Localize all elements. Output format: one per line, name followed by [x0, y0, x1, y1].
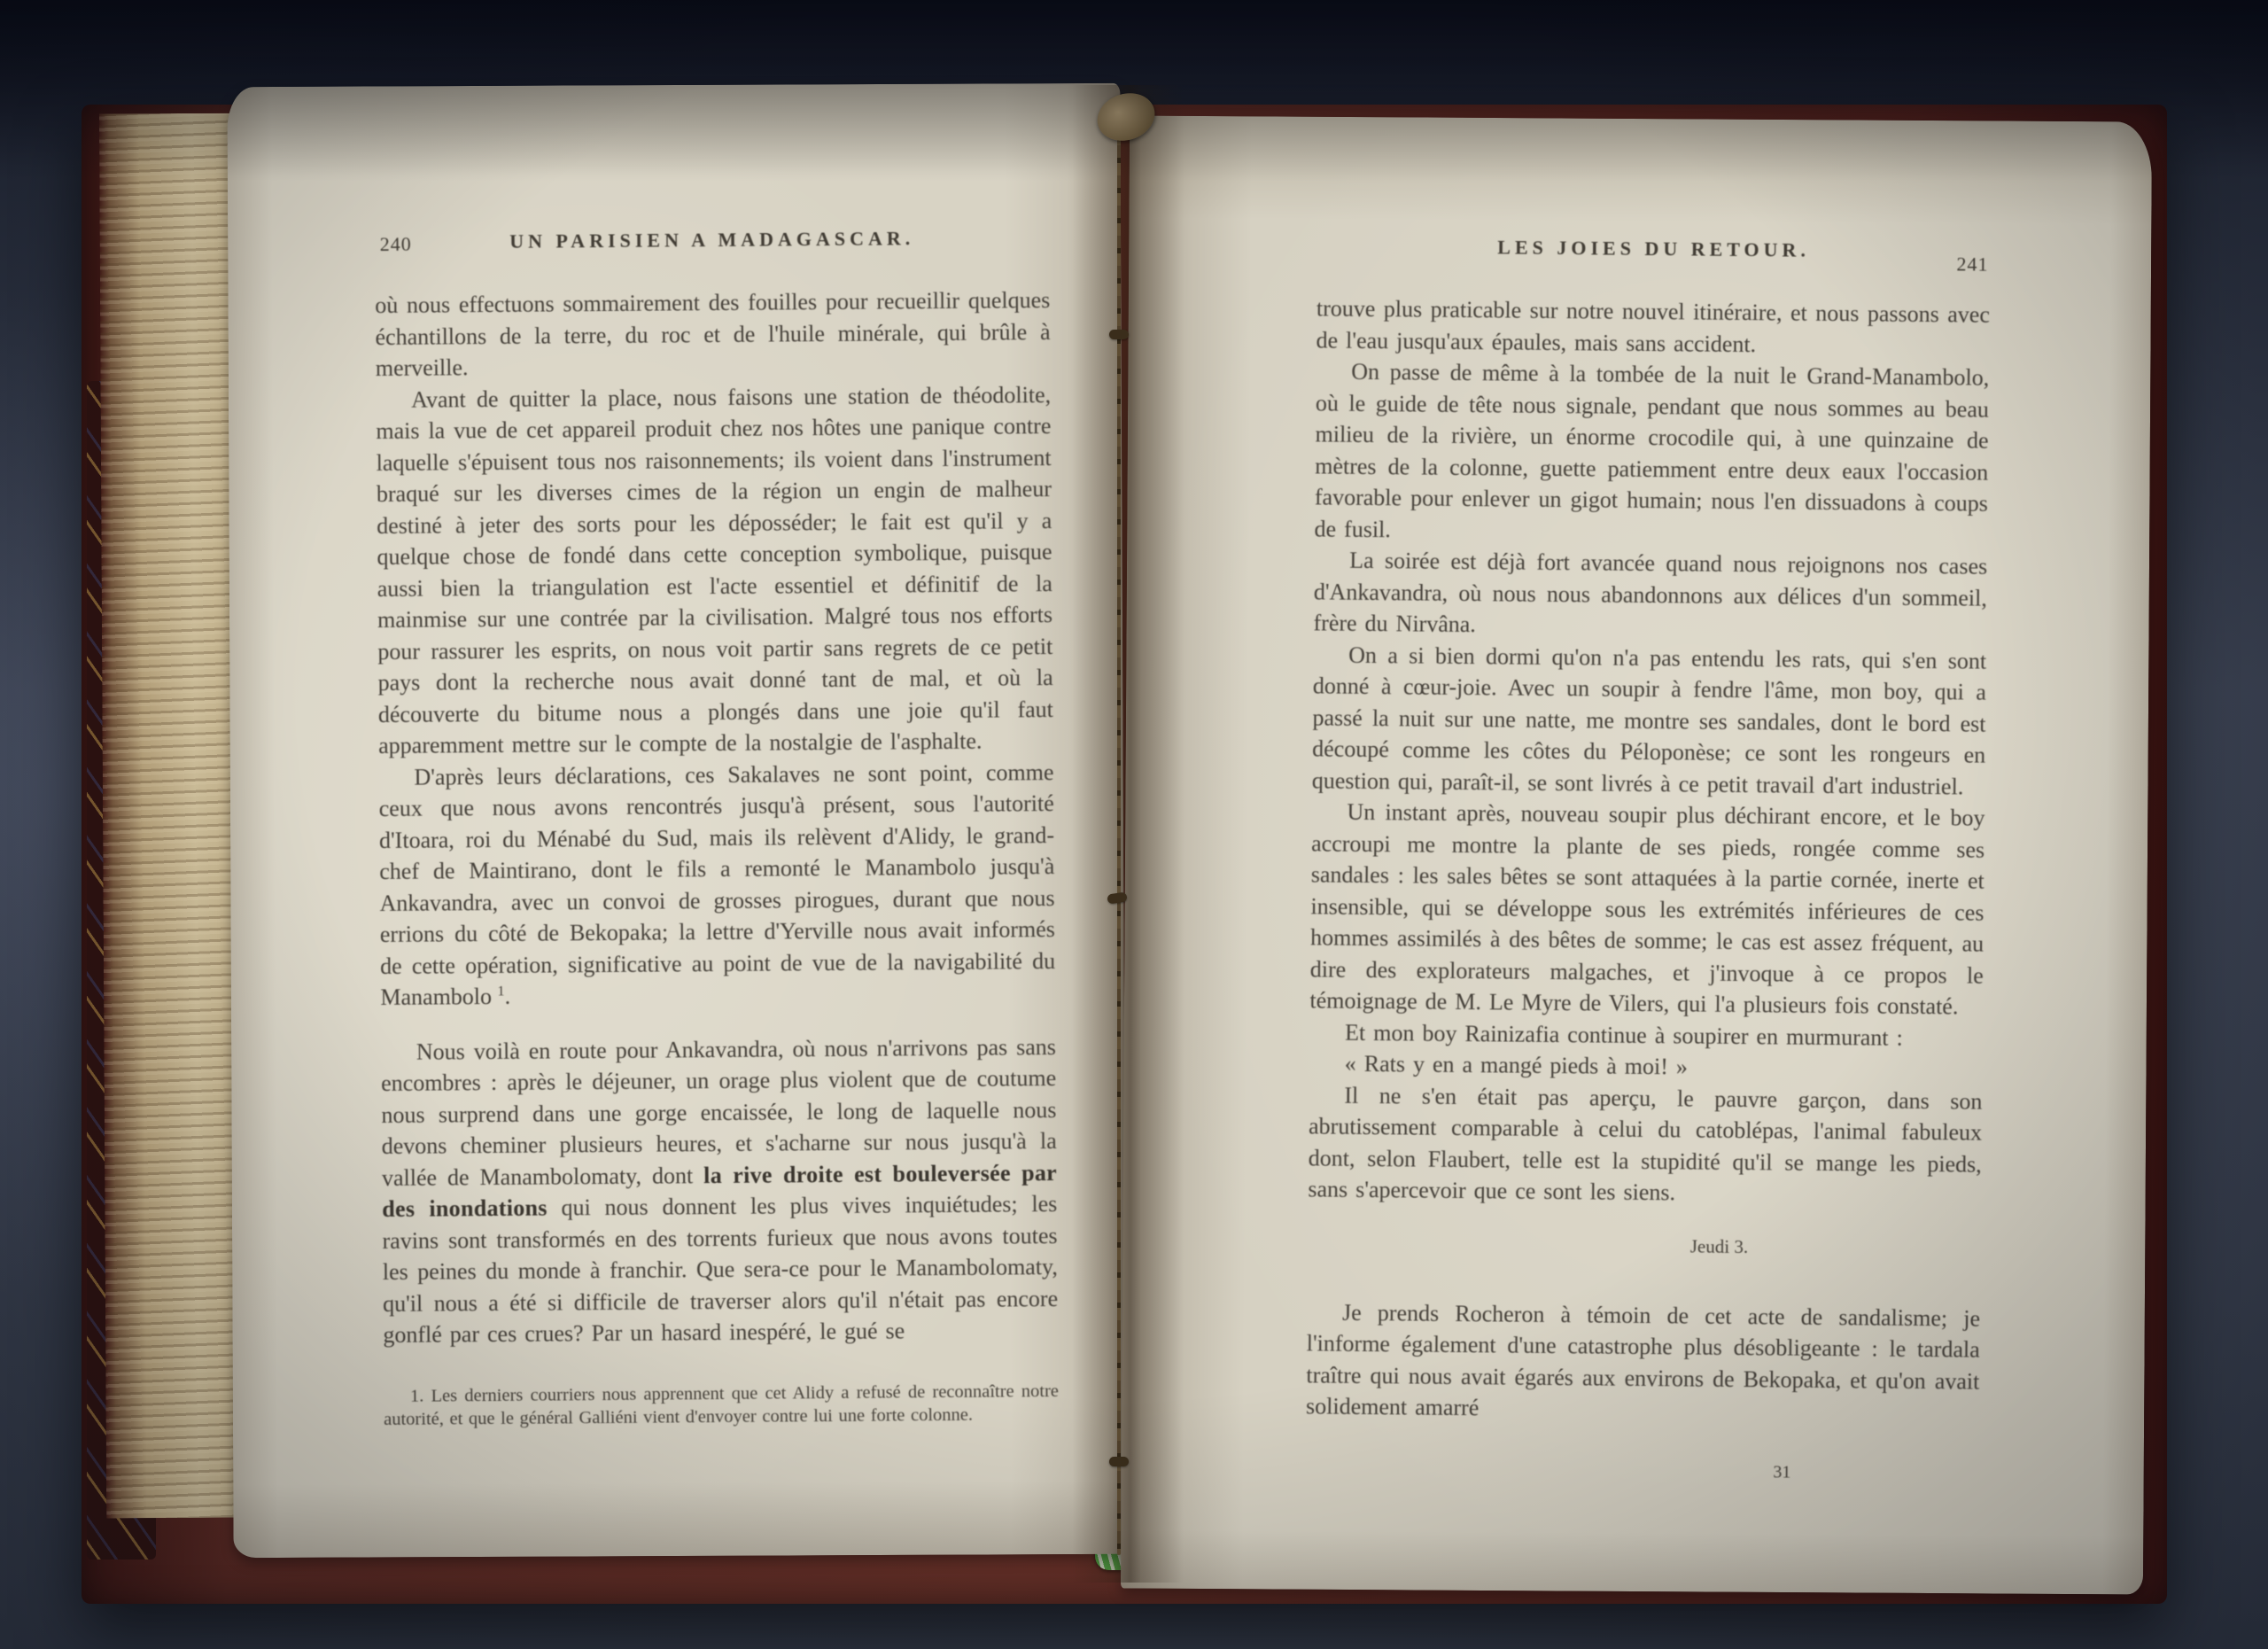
right-page-body: trouve plus praticable sur notre nouvel … [1308, 292, 1990, 1211]
text-segment: . [505, 984, 511, 1009]
paragraph: où nous effectuons sommairement des foui… [375, 284, 1051, 384]
right-page-closing: Je prends Rocheron à témoin de cet acte … [1306, 1296, 1980, 1428]
left-running-title: UN PARISIEN A MADAGASCAR. [375, 226, 1050, 254]
stitch-knot [1109, 330, 1129, 339]
text-segment: Et mon boy Rainizafia continue à soupire… [1345, 1019, 1903, 1050]
footnote-reference: 1 [492, 984, 505, 999]
paragraph: Un instant après, nouveau soupir plus dé… [1309, 796, 1984, 1023]
paragraph: Avant de quitter la place, nous faisons … [376, 379, 1053, 762]
text-segment: La soirée est déjà fort avancée quand no… [1313, 548, 1987, 637]
paragraph: On a si bien dormi qu'on n'a pas entendu… [1312, 639, 1987, 803]
paragraph: Il ne s'en était pas aperçu, le pauvre g… [1308, 1079, 1982, 1211]
text-segment: D'après leurs déclarations, ces Sakalave… [379, 759, 1056, 1010]
text-segment: trouve plus praticable sur notre nouvel … [1316, 295, 1990, 356]
text-segment: Je prends Rocheron à témoin de cet acte … [1306, 1299, 1980, 1420]
paragraph: Je prends Rocheron à témoin de cet acte … [1306, 1296, 1980, 1428]
text-segment: où nous effectuons sommairement des foui… [375, 287, 1050, 381]
paragraph: On passe de même à la tombée de la nuit … [1314, 355, 1989, 550]
text-segment: Il ne s'en était pas aperçu, le pauvre g… [1308, 1082, 1982, 1205]
left-page-body: où nous effectuons sommairement des foui… [375, 284, 1058, 1350]
right-page-number: 241 [1956, 253, 1988, 276]
paragraph: D'après leurs déclarations, ces Sakalave… [378, 757, 1055, 1014]
photo-background: 240 UN PARISIEN A MADAGASCAR. où nous ef… [0, 0, 2268, 1649]
paragraph: trouve plus praticable sur notre nouvel … [1316, 292, 1990, 362]
text-segment: « Rats y en a mangé pieds à moi! » [1345, 1051, 1688, 1080]
left-text-block: 240 UN PARISIEN A MADAGASCAR. où nous ef… [375, 226, 1060, 1449]
paragraph: Nous voilà en route pour Ankavandra, où … [381, 1031, 1059, 1351]
paragraph: La soirée est déjà fort avancée quand no… [1313, 544, 1987, 645]
text-segment: On passe de même à la tombée de la nuit … [1314, 359, 1989, 542]
left-page-header: 240 UN PARISIEN A MADAGASCAR. [375, 226, 1050, 261]
left-footnote: 1. Les derniers courriers nous apprennen… [384, 1379, 1059, 1430]
text-segment: Un instant après, nouveau soupir plus dé… [1309, 799, 1984, 1020]
text-segment: Avant de quitter la place, nous faisons … [376, 382, 1053, 758]
stitch-knot [1109, 1457, 1129, 1466]
text-segment: On a si bien dormi qu'on n'a pas entendu… [1312, 642, 1987, 799]
right-text-block: LES JOIES DU RETOUR. 241 trouve plus pra… [1305, 234, 1990, 1484]
date-heading: Jeudi 3. [1308, 1232, 1981, 1260]
right-page-header: LES JOIES DU RETOUR. 241 [1317, 234, 1990, 270]
